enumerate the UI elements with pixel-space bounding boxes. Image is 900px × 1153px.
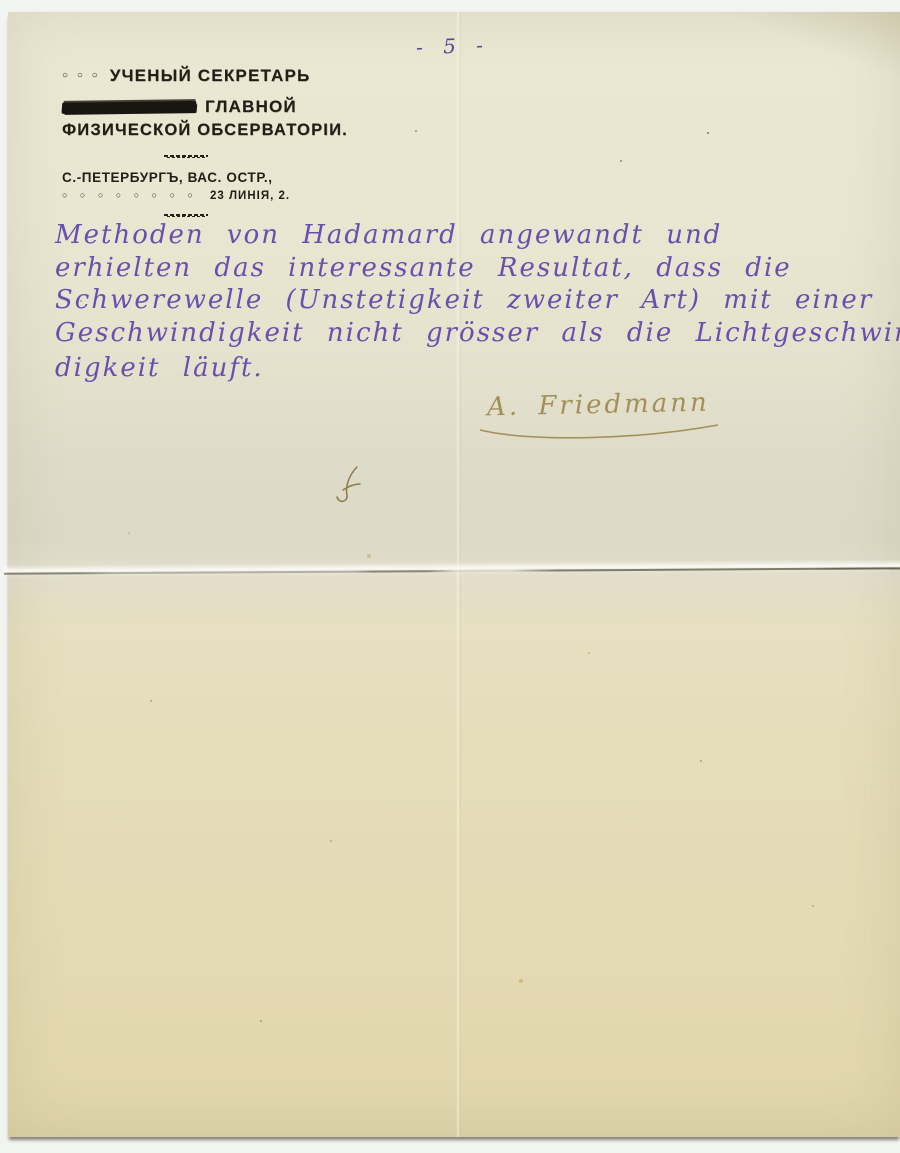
manuscript-line: erhielten das interessante Resultat, das… — [55, 253, 792, 283]
vertical-fold-crease — [456, 12, 461, 1137]
ornament-circles-icon: ○ ○ ○ ○ ○ ○ ○ ○ — [62, 190, 198, 200]
letterhead-title-line2: ГЛАВНОЙ — [205, 97, 297, 117]
redacted-word — [61, 101, 196, 114]
letterhead-row-1: ○ ○ ○ УЧЕНЫЙ СЕКРЕТАРЬ — [62, 66, 310, 86]
ornament-circles-icon: ○ ○ ○ — [62, 70, 101, 81]
letterhead-row-2: ГЛАВНОЙ — [62, 97, 297, 117]
signature-flourish — [476, 422, 726, 444]
scanned-letter: - 5 - ○ ○ ○ УЧЕНЫЙ СЕКРЕТАРЬ ГЛАВНОЙ ФИЗ… — [0, 0, 900, 1153]
letterhead-address-line1: С.-ПЕТЕРБУРГЪ, ВАС. ОСТР., — [62, 170, 273, 185]
signature-name: A. Friedmann — [487, 388, 710, 423]
horizontal-fold-crease — [4, 559, 900, 579]
letterhead-divider-top — [164, 155, 208, 157]
manuscript-line: digkeit läuft. — [55, 353, 264, 383]
letterhead-row-5: ○ ○ ○ ○ ○ ○ ○ ○ 23 ЛИНІЯ, 2. — [62, 190, 290, 202]
letterhead-title-line3: ФИЗИЧЕСКОЙ ОБСЕРВАТОРIИ. — [62, 121, 348, 140]
page-number: - 5 - — [416, 33, 491, 60]
letterhead-title-line1: УЧЕНЫЙ СЕКРЕТАРЬ — [110, 66, 311, 86]
manuscript-line: Schwerewelle (Unstetigkeit zweiter Art) … — [55, 285, 873, 315]
letterhead-address-line2: 23 ЛИНІЯ, 2. — [210, 190, 290, 202]
paper-speckles — [8, 12, 10, 14]
manuscript-line: Methoden von Hadamard angewandt und — [55, 220, 722, 250]
letter-paper: - 5 - ○ ○ ○ УЧЕНЫЙ СЕКРЕТАРЬ ГЛАВНОЙ ФИЗ… — [8, 12, 900, 1137]
letterhead-divider-bottom — [164, 214, 208, 216]
stray-pen-mark — [333, 462, 367, 510]
corner-crease — [690, 12, 900, 82]
manuscript-line: Geschwindigkeit nicht grösser als die Li… — [55, 318, 900, 348]
letterhead-row-3: ФИЗИЧЕСКОЙ ОБСЕРВАТОРIИ. — [62, 121, 348, 140]
